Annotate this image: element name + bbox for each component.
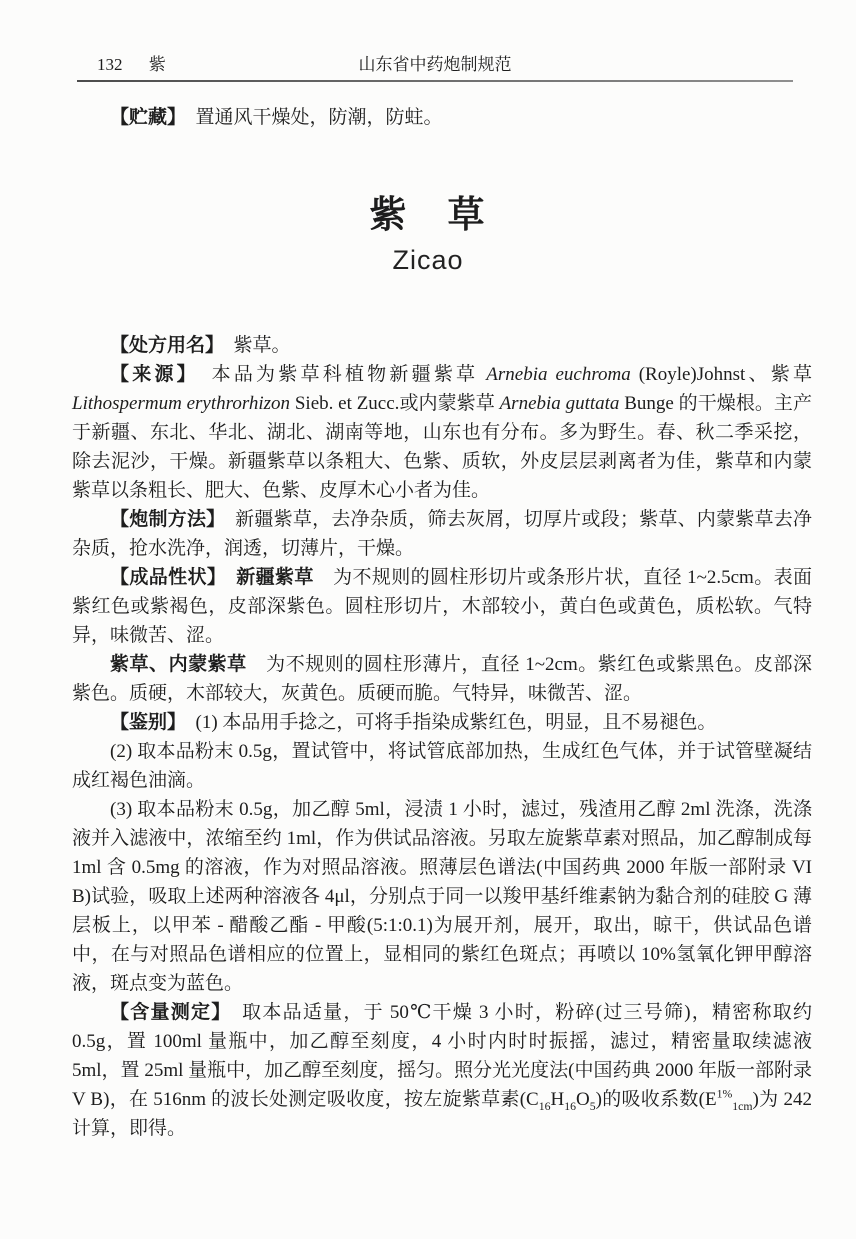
paragraph-product-properties-zicao-neimeng: 紫草、内蒙紫草 为不规则的圆柱形薄片，直径 1~2cm。紫红色或紫黑色。皮部深紫…: [72, 650, 812, 708]
monograph-title: 紫 草: [0, 192, 856, 240]
header-rule: [77, 80, 793, 82]
book-page: 132 紫 山东省中药炮制规范 【贮藏】 置通风干燥处，防潮，防蛀。 紫 草 Z…: [0, 0, 856, 1239]
section-source: 【来源】 本品为紫草科植物新疆紫草 Arnebia euchroma (Royl…: [72, 360, 812, 505]
storage-paragraph: 【贮藏】 置通风干燥处，防潮，防蛀。: [72, 104, 812, 132]
identification-item-2: (2) 取本品粉末 0.5g，置试管中，将试管底部加热，生成红色气体，并于试管壁…: [72, 737, 812, 795]
monograph-pinyin: Zicao: [0, 243, 856, 277]
monograph-title-block: 紫 草 Zicao: [0, 192, 856, 277]
page-header: 132 紫 山东省中药炮制规范: [77, 50, 793, 74]
section-processing-method: 【炮制方法】 新疆紫草，去净杂质，筛去灰屑，切厚片或段；紫草、内蒙紫草去净杂质，…: [72, 505, 812, 563]
book-title: 山东省中药炮制规范: [77, 50, 793, 75]
section-prescription-name: 【处方用名】 紫草。: [72, 331, 812, 360]
identification-item-3: (3) 取本品粉末 0.5g，加乙醇 5ml，浸渍 1 小时，滤过，残渣用乙醇 …: [72, 795, 812, 998]
section-assay: 【含量测定】 取本品适量，于 50℃干燥 3 小时，粉碎(过三号筛)，精密称取约…: [72, 998, 812, 1143]
section-identification: 【鉴别】 (1) 本品用手捻之，可将手指染成紫红色，明显，且不易褪色。: [72, 708, 812, 737]
monograph-body: 【处方用名】 紫草。 【来源】 本品为紫草科植物新疆紫草 Arnebia euc…: [72, 331, 812, 1143]
section-product-properties: 【成品性状】 新疆紫草 为不规则的圆柱形切片或条形片状，直径 1~2.5cm。表…: [72, 563, 812, 650]
